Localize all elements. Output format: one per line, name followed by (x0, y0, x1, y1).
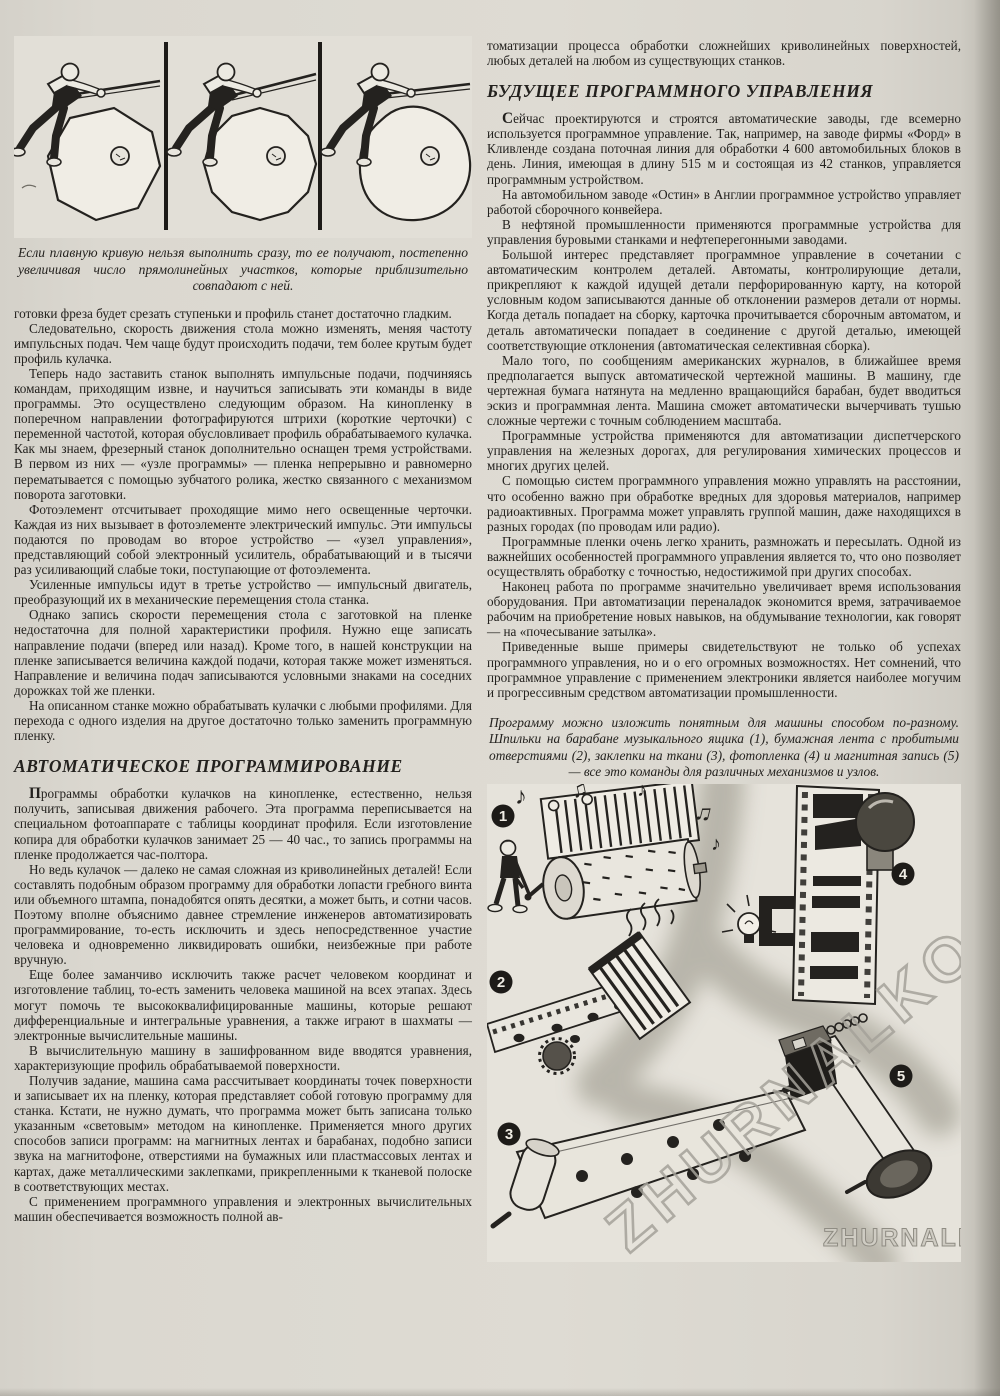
cam-filing-figure (14, 36, 472, 238)
badge-4-label: 4 (899, 866, 908, 883)
right-column: томатизации процесса обработки сложнейши… (487, 0, 961, 1262)
program-media-figure: ♪ ♫ ♪ ♫ ♪ 1 (487, 784, 961, 1262)
paragraph: томатизации процесса обработки сложнейши… (487, 38, 961, 68)
page-bottom-shadow (0, 1388, 1000, 1396)
badge-3-label: 3 (505, 1126, 513, 1143)
music-note-icon: ♪ (637, 784, 647, 801)
paragraph: Мало того, по сообщениям американских жу… (487, 353, 961, 428)
music-note-icon: ♪ (711, 833, 721, 855)
paragraph: Программные устройства применяются для а… (487, 428, 961, 473)
paragraph: Но ведь кулачок — далеко не самая сложна… (14, 862, 472, 968)
top-figure-caption: Если плавную кривую нельзя выполнить сра… (18, 245, 468, 295)
paragraph: В вычислительную машину в зашифрованном … (14, 1043, 472, 1073)
paragraph: С применением программного управления и … (14, 1194, 472, 1224)
paragraph: Программные пленки очень легко хранить, … (487, 534, 961, 579)
left-column: Если плавную кривую нельзя выполнить сра… (14, 0, 472, 1224)
paragraph: Следовательно, скорость движения стола м… (14, 321, 472, 366)
paragraph: С помощью систем программного управления… (487, 473, 961, 533)
program-media-illustration: ♪ ♫ ♪ ♫ ♪ 1 (487, 784, 961, 1262)
badge-5-label: 5 (897, 1068, 905, 1085)
paragraph: Программы обработки кулачков на киноплен… (14, 786, 472, 861)
paragraph: Фотоэлемент отсчитывает проходящие мимо … (14, 502, 472, 577)
section-heading-future-of-program-control: БУДУЩЕЕ ПРОГРАММНОГО УПРАВЛЕНИЯ (487, 81, 961, 102)
paragraph: Приведенные выше примеры свидетельствуют… (487, 639, 961, 699)
panel-divider (318, 42, 322, 230)
badge-1-label: 1 (499, 808, 507, 825)
section-heading-automatic-programming: АВТОМАТИЧЕСКОЕ ПРОГРАММИРОВАНИЕ (14, 756, 472, 777)
paragraph: Сейчас проектируются и строятся автомати… (487, 111, 961, 186)
media-figure-caption: Программу можно изложить понятным для ма… (489, 715, 959, 781)
paragraph: На автомобильном заводе «Остин» в Англии… (487, 187, 961, 217)
paragraph: Теперь надо заставить станок выполнять и… (14, 366, 472, 502)
paragraph: На описанном станке можно обрабатывать к… (14, 698, 472, 743)
paragraph: Еще более заманчиво исключить также расч… (14, 967, 472, 1042)
paragraph: В нефтяной промышленности применяются пр… (487, 217, 961, 247)
corner-watermark: ZHURNALKO.NET (823, 1224, 961, 1252)
paragraph: Однако запись скорости перемещения стола… (14, 607, 472, 698)
paragraph: Получив задание, машина сама рассчитывае… (14, 1073, 472, 1194)
page-edge-shadow (974, 0, 1000, 1396)
badge-2-label: 2 (497, 974, 505, 991)
cam-filing-illustration (14, 36, 472, 238)
paragraph: Усиленные импульсы идут в третье устройс… (14, 577, 472, 607)
music-note-icon: ♪ (515, 784, 527, 810)
panel-divider (164, 42, 168, 230)
paragraph: готовки фреза будет срезать ступеньки и … (14, 306, 472, 321)
paragraph: Наконец работа по программе значительно … (487, 579, 961, 639)
magazine-page: Если плавную кривую нельзя выполнить сра… (0, 0, 1000, 1396)
paragraph: Большой интерес представляет программное… (487, 247, 961, 353)
